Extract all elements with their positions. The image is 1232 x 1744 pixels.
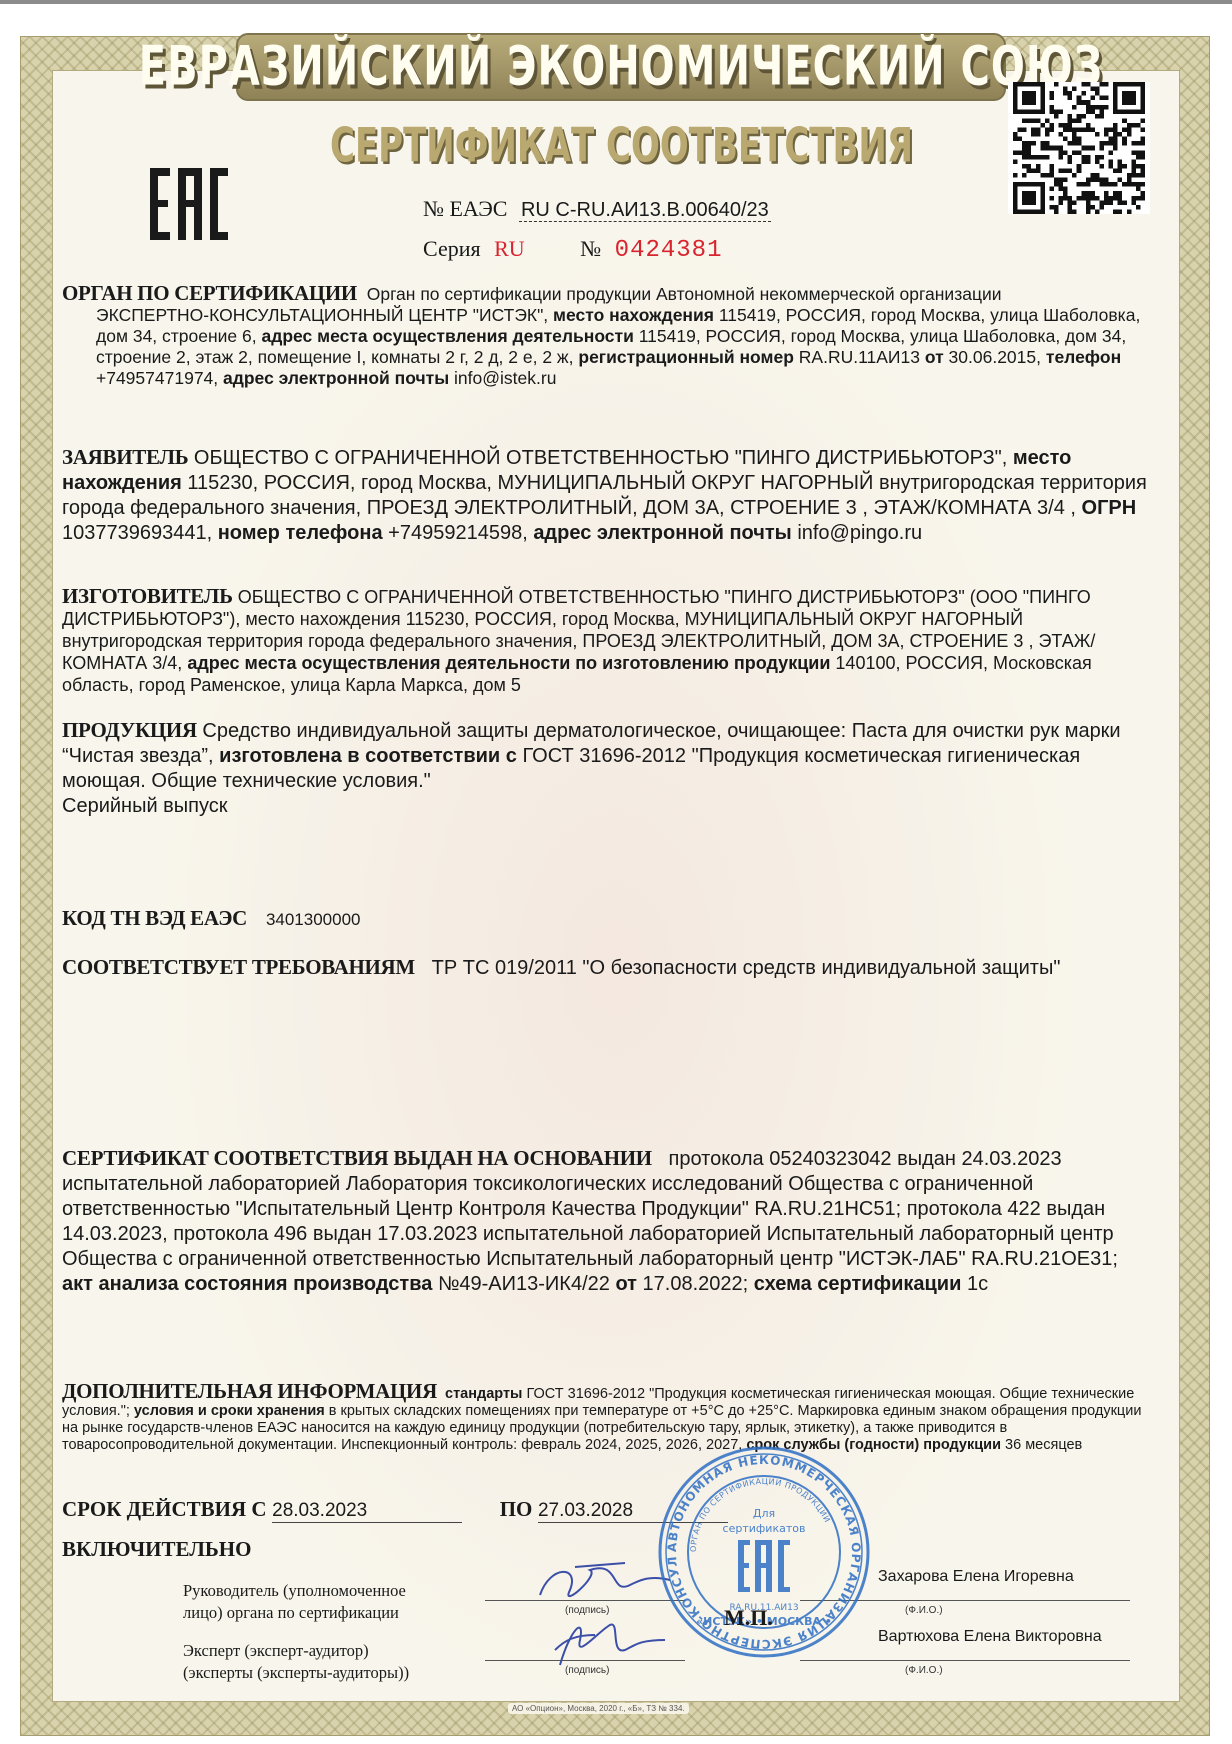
- ogrn-value: 1037739693441,: [62, 522, 212, 544]
- inclusive-label: ВКЛЮЧИТЕЛЬНО: [62, 1537, 251, 1561]
- head-label-line-2: лицо) органа по сертификации: [183, 1602, 406, 1624]
- applicant-email-label: адрес электронной почты: [533, 522, 791, 544]
- accreditation-date: 30.06.2015,: [949, 347, 1041, 367]
- applicant-section: ЗАЯВИТЕЛЬ ОБЩЕСТВО С ОГРАНИЧЕННОЙ ОТВЕТС…: [62, 445, 1152, 546]
- blank-no-label: №: [580, 236, 601, 261]
- eac-mark-icon: [150, 168, 228, 240]
- production-analysis-label: акт анализа состояния производства: [62, 1273, 432, 1295]
- series-line: Серия RU № 0424381: [423, 236, 723, 264]
- document-title: СЕРТИФИКАТ СООТВЕТСТВИЯ: [330, 118, 890, 174]
- scan-edge: [0, 0, 1232, 4]
- product-series-type: Серийный выпуск: [62, 795, 228, 817]
- activity-address-label: адрес места осуществления деятельности: [262, 326, 634, 346]
- head-label: Руководитель (уполномоченное лицо) орган…: [183, 1580, 406, 1624]
- analysis-date: 17.08.2022;: [643, 1273, 749, 1295]
- reg-number-label: регистрационный номер: [578, 347, 794, 367]
- from-label: от: [925, 347, 944, 367]
- inclusive-line: ВКЛЮЧИТЕЛЬНО: [62, 1537, 251, 1562]
- validity-from-label: СРОК ДЕЙСТВИЯ С: [62, 1497, 267, 1521]
- applicant-phone-value: +74959214598,: [388, 522, 528, 544]
- product-standard: ГОСТ 31696-2012 "Продукция косметическая…: [62, 745, 1080, 792]
- manufacturer-name: ОБЩЕСТВО С ОГРАНИЧЕННОЙ ОТВЕТСТВЕННОСТЬЮ…: [238, 587, 965, 607]
- union-title: ЕВРАЗИЙСКИЙ ЭКОНОМИЧЕСКИЙ СОЮЗ: [139, 36, 1104, 98]
- phone-label: телефон: [1046, 347, 1121, 367]
- basis-label: СЕРТИФИКАТ СООТВЕТСТВИЯ ВЫДАН НА ОСНОВАН…: [62, 1146, 652, 1170]
- qr-code-icon: [1008, 82, 1150, 214]
- product-section: ПРОДУКЦИЯ Средство индивидуальной защиты…: [62, 718, 1152, 819]
- hs-code-label: КОД ТН ВЭД ЕАЭС: [62, 906, 247, 930]
- hs-code-section: КОД ТН ВЭД ЕАЭС 3401300000: [62, 908, 1152, 930]
- applicant-location-value: 115230, РОССИЯ, город Москва, МУНИЦИПАЛЬ…: [62, 472, 1147, 519]
- applicant-phone-label: номер телефона: [218, 522, 383, 544]
- expert-label: Эксперт (эксперт-аудитор) (эксперты (экс…: [183, 1640, 409, 1684]
- series-value: RU: [494, 236, 525, 261]
- phone-value: +74957471974,: [96, 368, 218, 388]
- additional-info-label: ДОПОЛНИТЕЛЬНАЯ ИНФОРМАЦИЯ: [62, 1379, 437, 1403]
- manufactured-per-label: изготовлена в соответствии с: [219, 745, 517, 767]
- svg-text:сертификатов: сертификатов: [723, 1522, 806, 1535]
- manufacturer-section: ИЗГОТОВИТЕЛЬ ОБЩЕСТВО С ОГРАНИЧЕННОЙ ОТВ…: [62, 585, 1152, 696]
- svg-text:Для: Для: [753, 1507, 775, 1520]
- certification-scheme-label: схема сертификации: [754, 1273, 962, 1295]
- applicant-email-link[interactable]: info@pingo.ru: [797, 522, 922, 544]
- requirements-label: СООТВЕТСТВУЕТ ТРЕБОВАНИЯМ: [62, 955, 415, 979]
- expert-signature-icon: [540, 1610, 670, 1675]
- certification-body-section: ОРГАН ПО СЕРТИФИКАЦИИ Орган по сертифика…: [62, 283, 1152, 389]
- expert-label-line-2: (эксперты (эксперты-аудиторы)): [183, 1662, 409, 1684]
- seal-label: М.П.: [724, 1605, 773, 1631]
- applicant-label: ЗАЯВИТЕЛЬ: [62, 445, 188, 469]
- additional-info-section: ДОПОЛНИТЕЛЬНАЯ ИНФОРМАЦИЯ стандарты ГОСТ…: [62, 1383, 1152, 1454]
- email-label: адрес электронной почты: [223, 368, 449, 388]
- registration-number-line: № ЕАЭС RU С-RU.АИ13.В.00640/23: [423, 196, 771, 222]
- production-analysis-number: №49-АИ13-ИК4/22: [438, 1273, 610, 1295]
- expert-fio-caption: (Ф.И.О.): [905, 1665, 943, 1676]
- head-fio-caption: (Ф.И.О.): [905, 1605, 943, 1616]
- head-label-line-1: Руководитель (уполномоченное: [183, 1580, 406, 1602]
- certification-scheme-value: 1с: [967, 1273, 988, 1295]
- certification-body-text: Орган по сертификации продукции Автономн…: [367, 284, 1002, 304]
- email-link[interactable]: info@istek.ru: [454, 368, 556, 388]
- storage-label: условия и сроки хранения: [134, 1403, 325, 1419]
- validity-from-date: 28.03.2023: [272, 1500, 462, 1523]
- manufacturer-label: ИЗГОТОВИТЕЛЬ: [62, 584, 233, 608]
- printer-imprint: АО «Опцион», Москва, 2020 г., «Б», ТЗ № …: [508, 1703, 689, 1714]
- production-address-label: адрес места осуществления деятельности п…: [187, 653, 830, 673]
- requirements-section: СООТВЕТСТВУЕТ ТРЕБОВАНИЯМ ТР ТС 019/2011…: [62, 955, 1152, 981]
- validity-to-label: ПО: [500, 1497, 533, 1521]
- certification-body-name: ЭКСПЕРТНО-КОНСУЛЬТАЦИОННЫЙ ЦЕНТР "ИСТЭК"…: [96, 305, 548, 325]
- standards-label: стандарты: [445, 1386, 522, 1402]
- certification-body-label: ОРГАН ПО СЕРТИФИКАЦИИ: [62, 281, 357, 305]
- blank-number: 0424381: [615, 237, 723, 264]
- applicant-name: ОБЩЕСТВО С ОГРАНИЧЕННОЙ ОТВЕТСТВЕННОСТЬЮ…: [194, 447, 1007, 469]
- union-title-band: ЕВРАЗИЙСКИЙ ЭКОНОМИЧЕСКИЙ СОЮЗ: [236, 33, 1006, 101]
- basis-section: СЕРТИФИКАТ СООТВЕТСТВИЯ ВЫДАН НА ОСНОВАН…: [62, 1146, 1152, 1297]
- ogrn-label: ОГРН: [1082, 497, 1137, 519]
- reg-number: RU С-RU.АИ13.В.00640/23: [519, 199, 771, 222]
- product-label: ПРОДУКЦИЯ: [62, 718, 197, 742]
- accreditation-number: RA.RU.11АИ13: [799, 347, 920, 367]
- expert-label-line-1: Эксперт (эксперт-аудитор): [183, 1640, 409, 1662]
- hs-code-value: 3401300000: [266, 910, 361, 929]
- validity-line: СРОК ДЕЙСТВИЯ С 28.03.2023 ПО 27.03.2028: [62, 1497, 728, 1523]
- head-name: Захарова Елена Игоревна: [878, 1568, 1074, 1586]
- requirements-value: ТР ТС 019/2011 "О безопасности средств и…: [432, 957, 1061, 979]
- shelf-life-value: 36 месяцев: [1005, 1437, 1082, 1453]
- expert-name: Вартюхова Елена Викторовна: [878, 1628, 1102, 1646]
- analysis-from-label: от: [615, 1273, 637, 1295]
- location-label: место нахождения: [553, 305, 714, 325]
- series-label: Серия: [423, 236, 481, 261]
- reg-prefix: № ЕАЭС: [423, 196, 507, 221]
